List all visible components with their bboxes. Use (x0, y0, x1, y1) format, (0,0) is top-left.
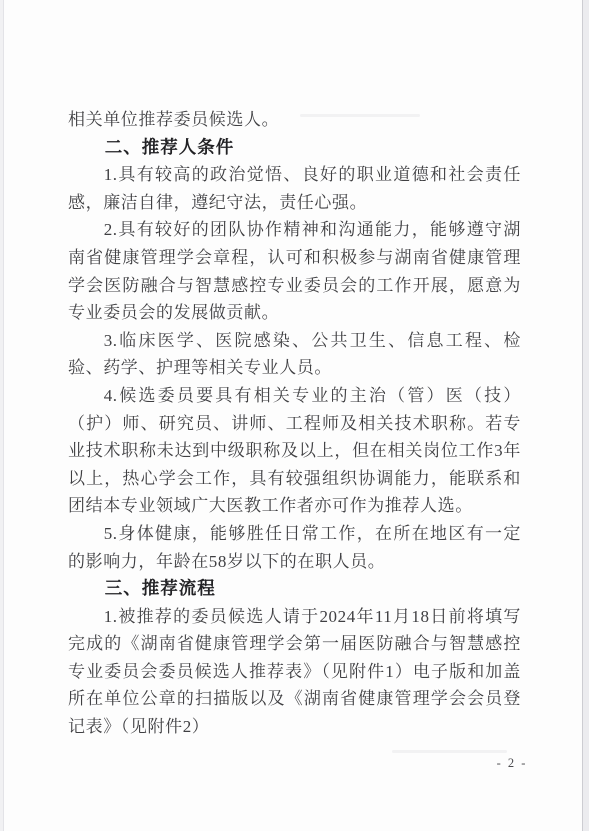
scan-artifact-streak (392, 750, 507, 753)
scan-right-edge (582, 0, 589, 831)
criteria-item-2: 2.具有较好的团队协作精神和沟通能力，能够遵守湖南省健康管理学会章程，认可和积极… (68, 216, 521, 326)
criteria-item-1: 1.具有较高的政治觉悟、良好的职业道德和社会责任感，廉洁自律，遵纪守法，责任心强… (68, 161, 521, 216)
page-number: - 2 - (482, 756, 542, 771)
document-page: 相关单位推荐委员候选人。 二、推荐人条件 1.具有较高的政治觉悟、良好的职业道德… (0, 0, 589, 831)
heading-recommendation-process: 三、推荐流程 (68, 575, 521, 603)
document-text-column: 相关单位推荐委员候选人。 二、推荐人条件 1.具有较高的政治觉悟、良好的职业道德… (68, 106, 521, 741)
criteria-item-4: 4.候选委员要具有相关专业的主治（管）医（技）（护）师、研究员、讲师、工程师及相… (68, 382, 521, 520)
scan-left-edge (0, 0, 4, 831)
process-item-1: 1.被推荐的委员候选人请于2024年11月18日前将填写完成的《湖南省健康管理学… (68, 603, 521, 741)
heading-recommender-criteria: 二、推荐人条件 (68, 134, 521, 162)
criteria-item-3: 3.临床医学、医院感染、公共卫生、信息工程、检验、药学、护理等相关专业人员。 (68, 327, 521, 382)
continuation-text: 相关单位推荐委员候选人。 (68, 106, 521, 134)
criteria-item-5: 5.身体健康，能够胜任日常工作，在所在地区有一定的影响力，年龄在58岁以下的在职… (68, 520, 521, 575)
